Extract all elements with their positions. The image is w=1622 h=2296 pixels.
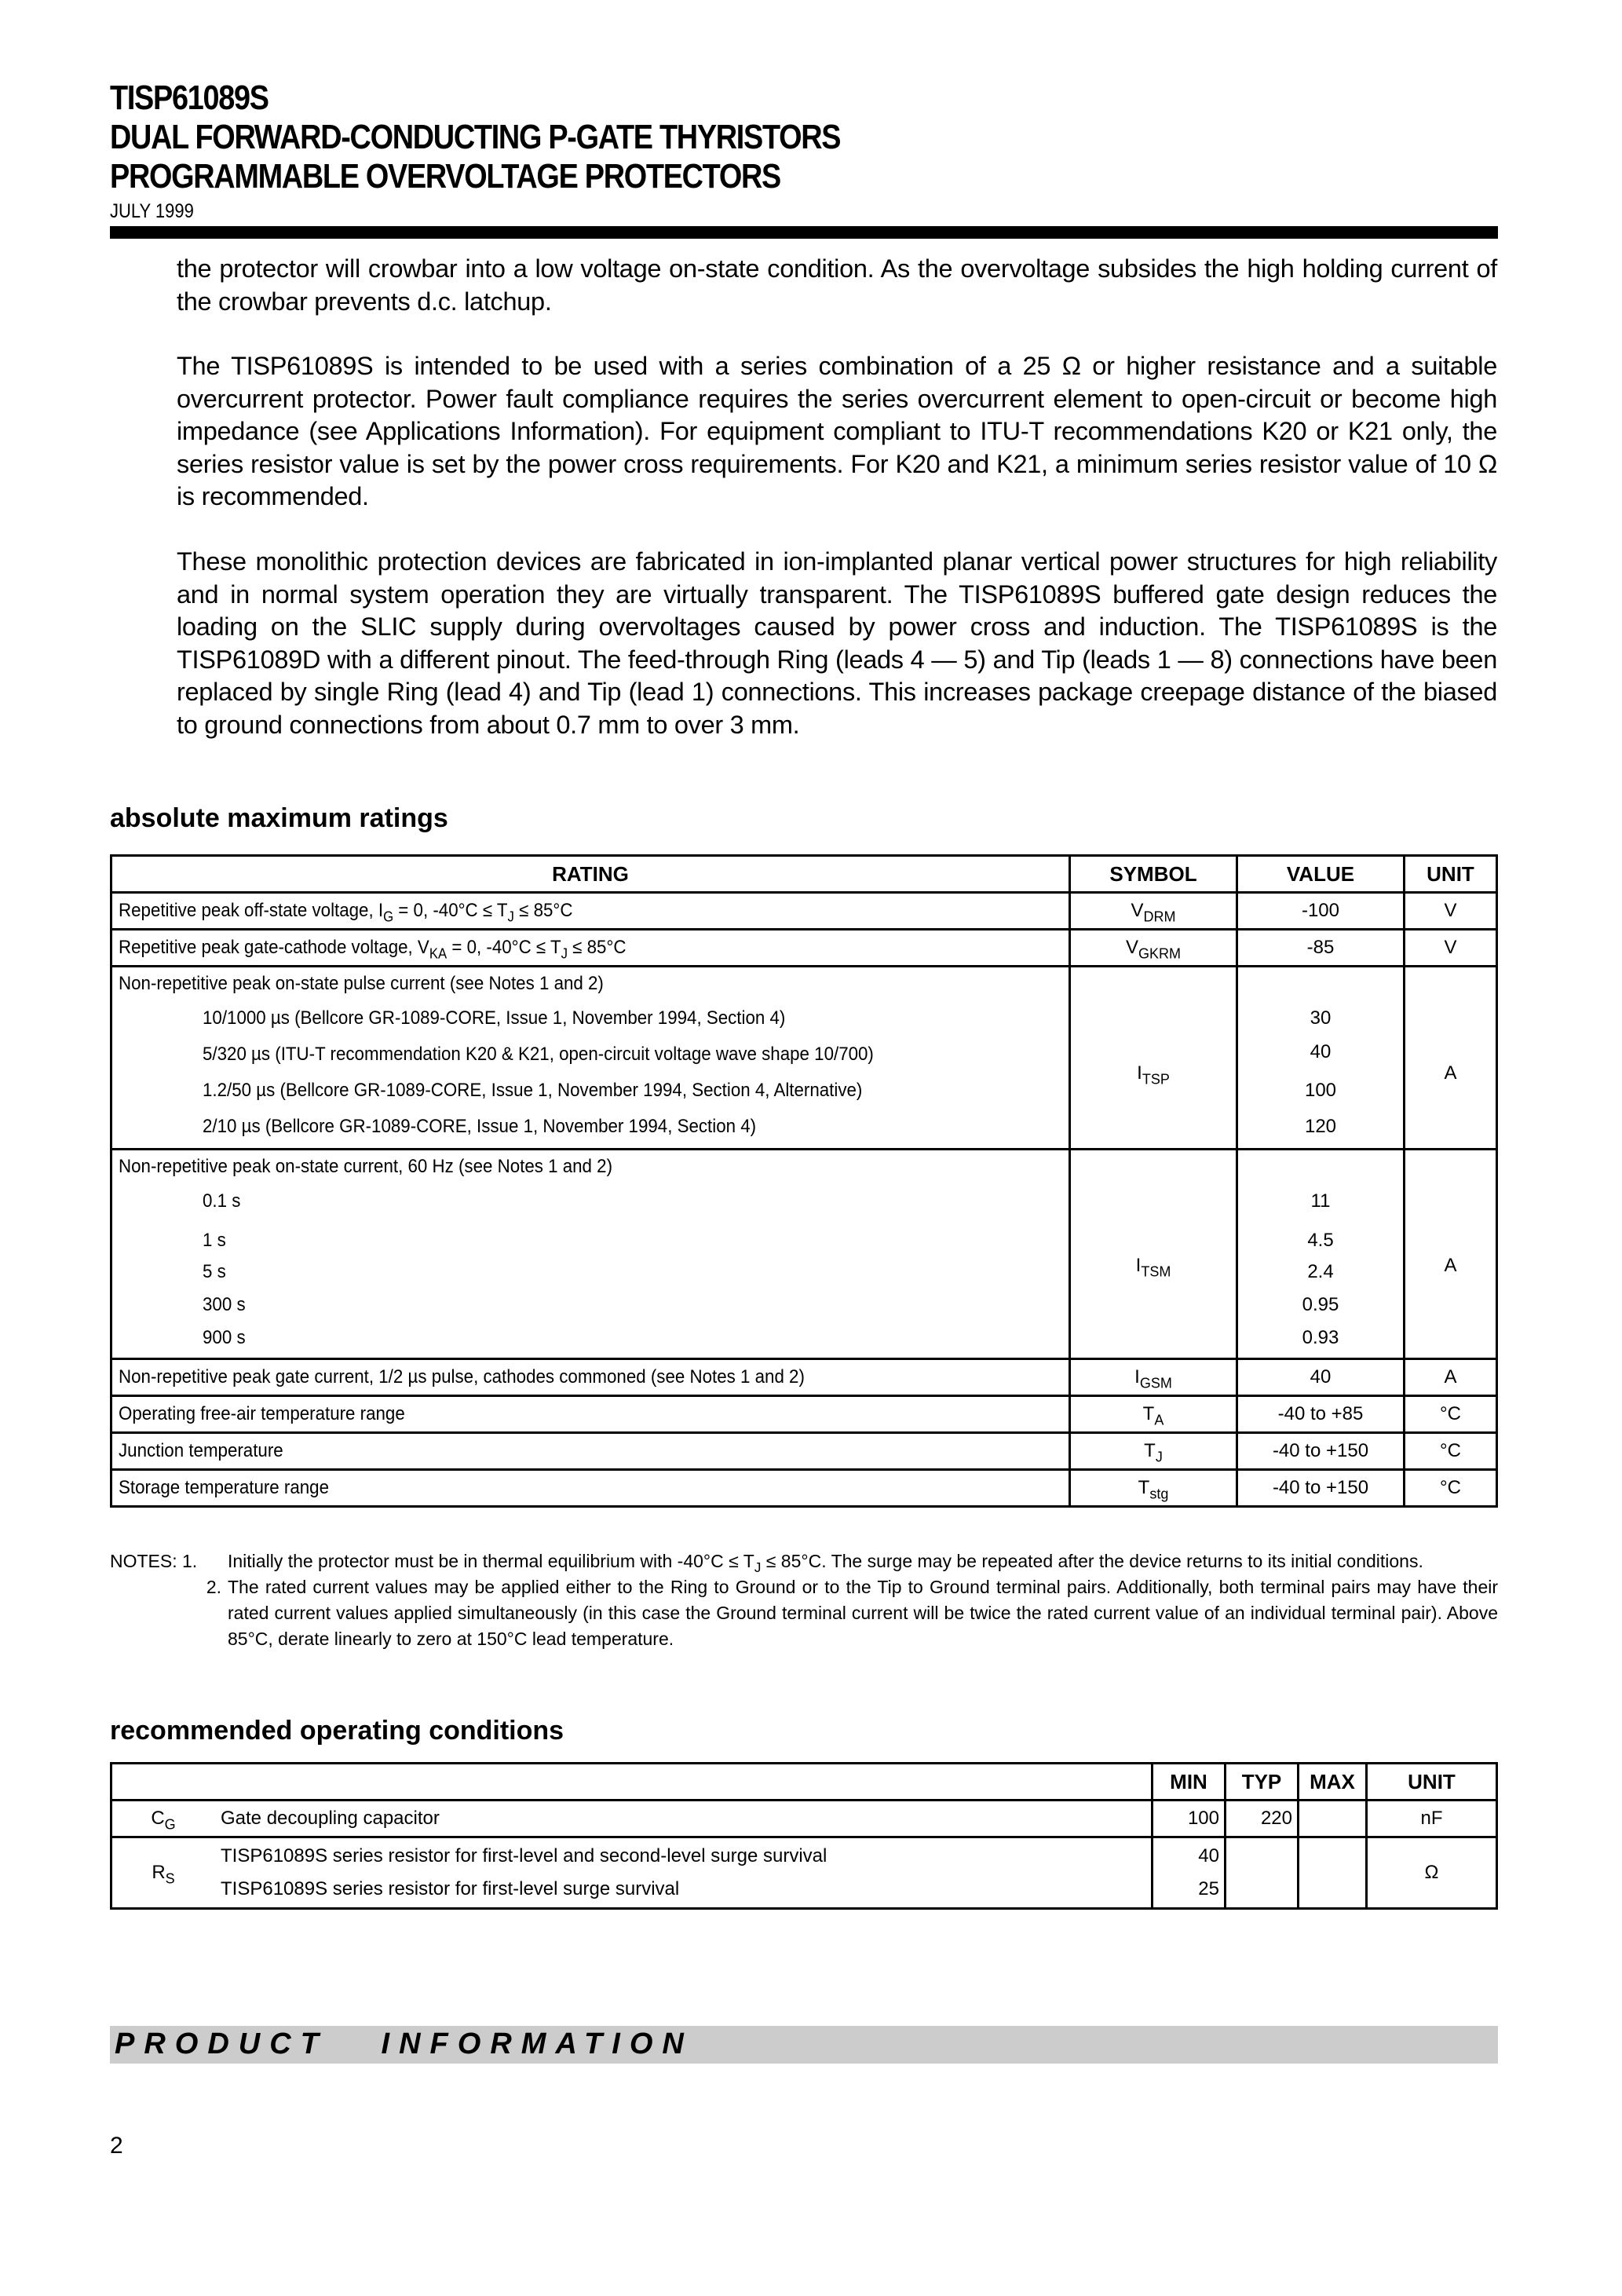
rating-cell: Non-repetitive peak on-state current, 60…: [111, 1150, 1070, 1359]
rating-cell: Storage temperature range: [111, 1470, 1070, 1507]
value-cell: 11 4.5 2.4 0.95 0.93: [1237, 1150, 1405, 1359]
rating-cell: Non-repetitive peak gate current, 1/2 µs…: [111, 1359, 1070, 1396]
part-number: TISP61089S: [110, 79, 840, 118]
unit-cell: °C: [1405, 1433, 1497, 1470]
note-2: 2. The rated current values may be appli…: [110, 1574, 1498, 1652]
paragraph-text: These monolithic protection devices are …: [177, 546, 1497, 741]
min-cell: 100: [1153, 1801, 1226, 1837]
product-information-band: PRODUCT INFORMATION: [110, 2026, 1498, 2064]
table-row: Junction temperature TJ -40 to +150 °C: [111, 1433, 1497, 1470]
value-cell: -40 to +150: [1237, 1433, 1405, 1470]
symbol-cell: IGSM: [1070, 1359, 1237, 1396]
rating-cell: Operating free-air temperature range: [111, 1396, 1070, 1433]
column-header-symbol: SYMBOL: [1070, 856, 1237, 893]
unit-cell: A: [1405, 967, 1497, 1150]
table-row: Repetitive peak gate-cathode voltage, VK…: [111, 930, 1497, 967]
symbol-cell: Tstg: [1070, 1470, 1237, 1507]
header-rule: [110, 226, 1498, 239]
symbol-cell: CG: [111, 1801, 215, 1837]
symbol-cell: ITSM: [1070, 1150, 1237, 1359]
column-header-max: MAX: [1299, 1764, 1367, 1801]
min-cell: 40 25: [1153, 1837, 1226, 1909]
unit-cell: V: [1405, 893, 1497, 930]
table-header-row: RATING SYMBOL VALUE UNIT: [111, 856, 1497, 893]
table-row-itsm: Non-repetitive peak on-state current, 60…: [111, 1150, 1497, 1359]
rating-cell: Repetitive peak gate-cathode voltage, VK…: [111, 930, 1070, 967]
table-row-rs: RS TISP61089S series resistor for first-…: [111, 1837, 1497, 1909]
rating-cell: Repetitive peak off-state voltage, IG = …: [111, 893, 1070, 930]
document-header: TISP61089S DUAL FORWARD-CONDUCTING P-GAT…: [110, 79, 959, 223]
table-row: Repetitive peak off-state voltage, IG = …: [111, 893, 1497, 930]
value-cell: -40 to +85: [1237, 1396, 1405, 1433]
table-row-cg: CG Gate decoupling capacitor 100 220 nF: [111, 1801, 1497, 1837]
rating-subitem: 0.1 s: [203, 1183, 240, 1219]
absolute-maximum-ratings-table: RATING SYMBOL VALUE UNIT Repetitive peak…: [110, 854, 1498, 1508]
note-number: 1.: [182, 1551, 197, 1571]
table-row: Operating free-air temperature range TA …: [111, 1396, 1497, 1433]
symbol-cell: VGKRM: [1070, 930, 1237, 967]
table-row: Storage temperature range Tstg -40 to +1…: [111, 1470, 1497, 1507]
section-title-recommended-operating-conditions: recommended operating conditions: [110, 1715, 564, 1746]
note-number: 2.: [206, 1577, 221, 1597]
value-cell: -100: [1237, 893, 1405, 930]
notes-block: NOTES: 1. Initially the protector must b…: [110, 1548, 1498, 1652]
page-number: 2: [110, 2133, 123, 2159]
value-cell: -85: [1237, 930, 1405, 967]
description-cell: TISP61089S series resistor for first-lev…: [214, 1837, 1153, 1909]
note-text: Initially the protector must be in therm…: [228, 1548, 1498, 1574]
unit-cell: Ω: [1367, 1837, 1497, 1909]
rating-cell: Junction temperature: [111, 1433, 1070, 1470]
max-cell: [1299, 1837, 1367, 1909]
rating-subitem: 5 s: [203, 1256, 226, 1289]
column-header-unit: UNIT: [1405, 856, 1497, 893]
typ-cell: 220: [1226, 1801, 1299, 1837]
unit-cell: nF: [1367, 1801, 1497, 1837]
unit-cell: A: [1405, 1359, 1497, 1396]
note-text: The rated current values may be applied …: [228, 1574, 1498, 1652]
rating-subitem: 10/1000 µs (Bellcore GR-1089-CORE, Issue…: [203, 1000, 785, 1036]
symbol-cell: VDRM: [1070, 893, 1237, 930]
product-information-label: PRODUCT INFORMATION: [115, 2027, 693, 2061]
symbol-cell: TJ: [1070, 1433, 1237, 1470]
symbol-cell: RS: [111, 1837, 215, 1909]
unit-cell: °C: [1405, 1396, 1497, 1433]
note-1: NOTES: 1. Initially the protector must b…: [110, 1548, 1498, 1574]
rating-subitem: 1 s: [203, 1223, 226, 1259]
column-header-min: MIN: [1153, 1764, 1226, 1801]
rating-heading: Non-repetitive peak on-state pulse curre…: [119, 967, 604, 1000]
rating-subitem: 300 s: [203, 1289, 246, 1322]
recommended-operating-conditions-table: MIN TYP MAX UNIT CG Gate decoupling capa…: [110, 1762, 1498, 1910]
paragraph-2: The TISP61089S is intended to be used wi…: [177, 350, 1497, 514]
table-row-itsp: Non-repetitive peak on-state pulse curre…: [111, 967, 1497, 1150]
paragraph-text: The TISP61089S is intended to be used wi…: [177, 350, 1497, 514]
paragraph-3: These monolithic protection devices are …: [177, 546, 1497, 741]
value-cell: 30 40 100 120: [1237, 967, 1405, 1150]
symbol-cell: TA: [1070, 1396, 1237, 1433]
notes-label: NOTES:: [110, 1551, 177, 1571]
description-cell: Gate decoupling capacitor: [214, 1801, 1153, 1837]
typ-cell: [1226, 1837, 1299, 1909]
rating-cell: Non-repetitive peak on-state pulse curre…: [111, 967, 1070, 1150]
column-header-rating: RATING: [111, 856, 1070, 893]
symbol-cell: ITSP: [1070, 967, 1237, 1150]
unit-cell: A: [1405, 1150, 1497, 1359]
rating-subitem: 5/320 µs (ITU-T recommendation K20 & K21…: [203, 1036, 874, 1073]
publication-date: JULY 1999: [110, 199, 857, 223]
section-title-absolute-maximum-ratings: absolute maximum ratings: [110, 803, 448, 834]
column-header-typ: TYP: [1226, 1764, 1299, 1801]
title-line-1: DUAL FORWARD-CONDUCTING P-GATE THYRISTOR…: [110, 118, 840, 157]
rating-subitem: 2/10 µs (Bellcore GR-1089-CORE, Issue 1,…: [203, 1109, 756, 1145]
unit-cell: V: [1405, 930, 1497, 967]
value-cell: 40: [1237, 1359, 1405, 1396]
column-header-unit: UNIT: [1367, 1764, 1497, 1801]
rating-subitem: 900 s: [203, 1322, 246, 1355]
unit-cell: °C: [1405, 1470, 1497, 1507]
table-row: Non-repetitive peak gate current, 1/2 µs…: [111, 1359, 1497, 1396]
paragraph-text: the protector will crowbar into a low vo…: [177, 253, 1497, 318]
max-cell: [1299, 1801, 1367, 1837]
title-line-2: PROGRAMMABLE OVERVOLTAGE PROTECTORS: [110, 157, 840, 196]
value-cell: -40 to +150: [1237, 1470, 1405, 1507]
column-header-value: VALUE: [1237, 856, 1405, 893]
rating-heading: Non-repetitive peak on-state current, 60…: [119, 1150, 612, 1183]
table-header-row: MIN TYP MAX UNIT: [111, 1764, 1497, 1801]
rating-subitem: 1.2/50 µs (Bellcore GR-1089-CORE, Issue …: [203, 1073, 862, 1109]
paragraph-1: the protector will crowbar into a low vo…: [177, 253, 1497, 318]
